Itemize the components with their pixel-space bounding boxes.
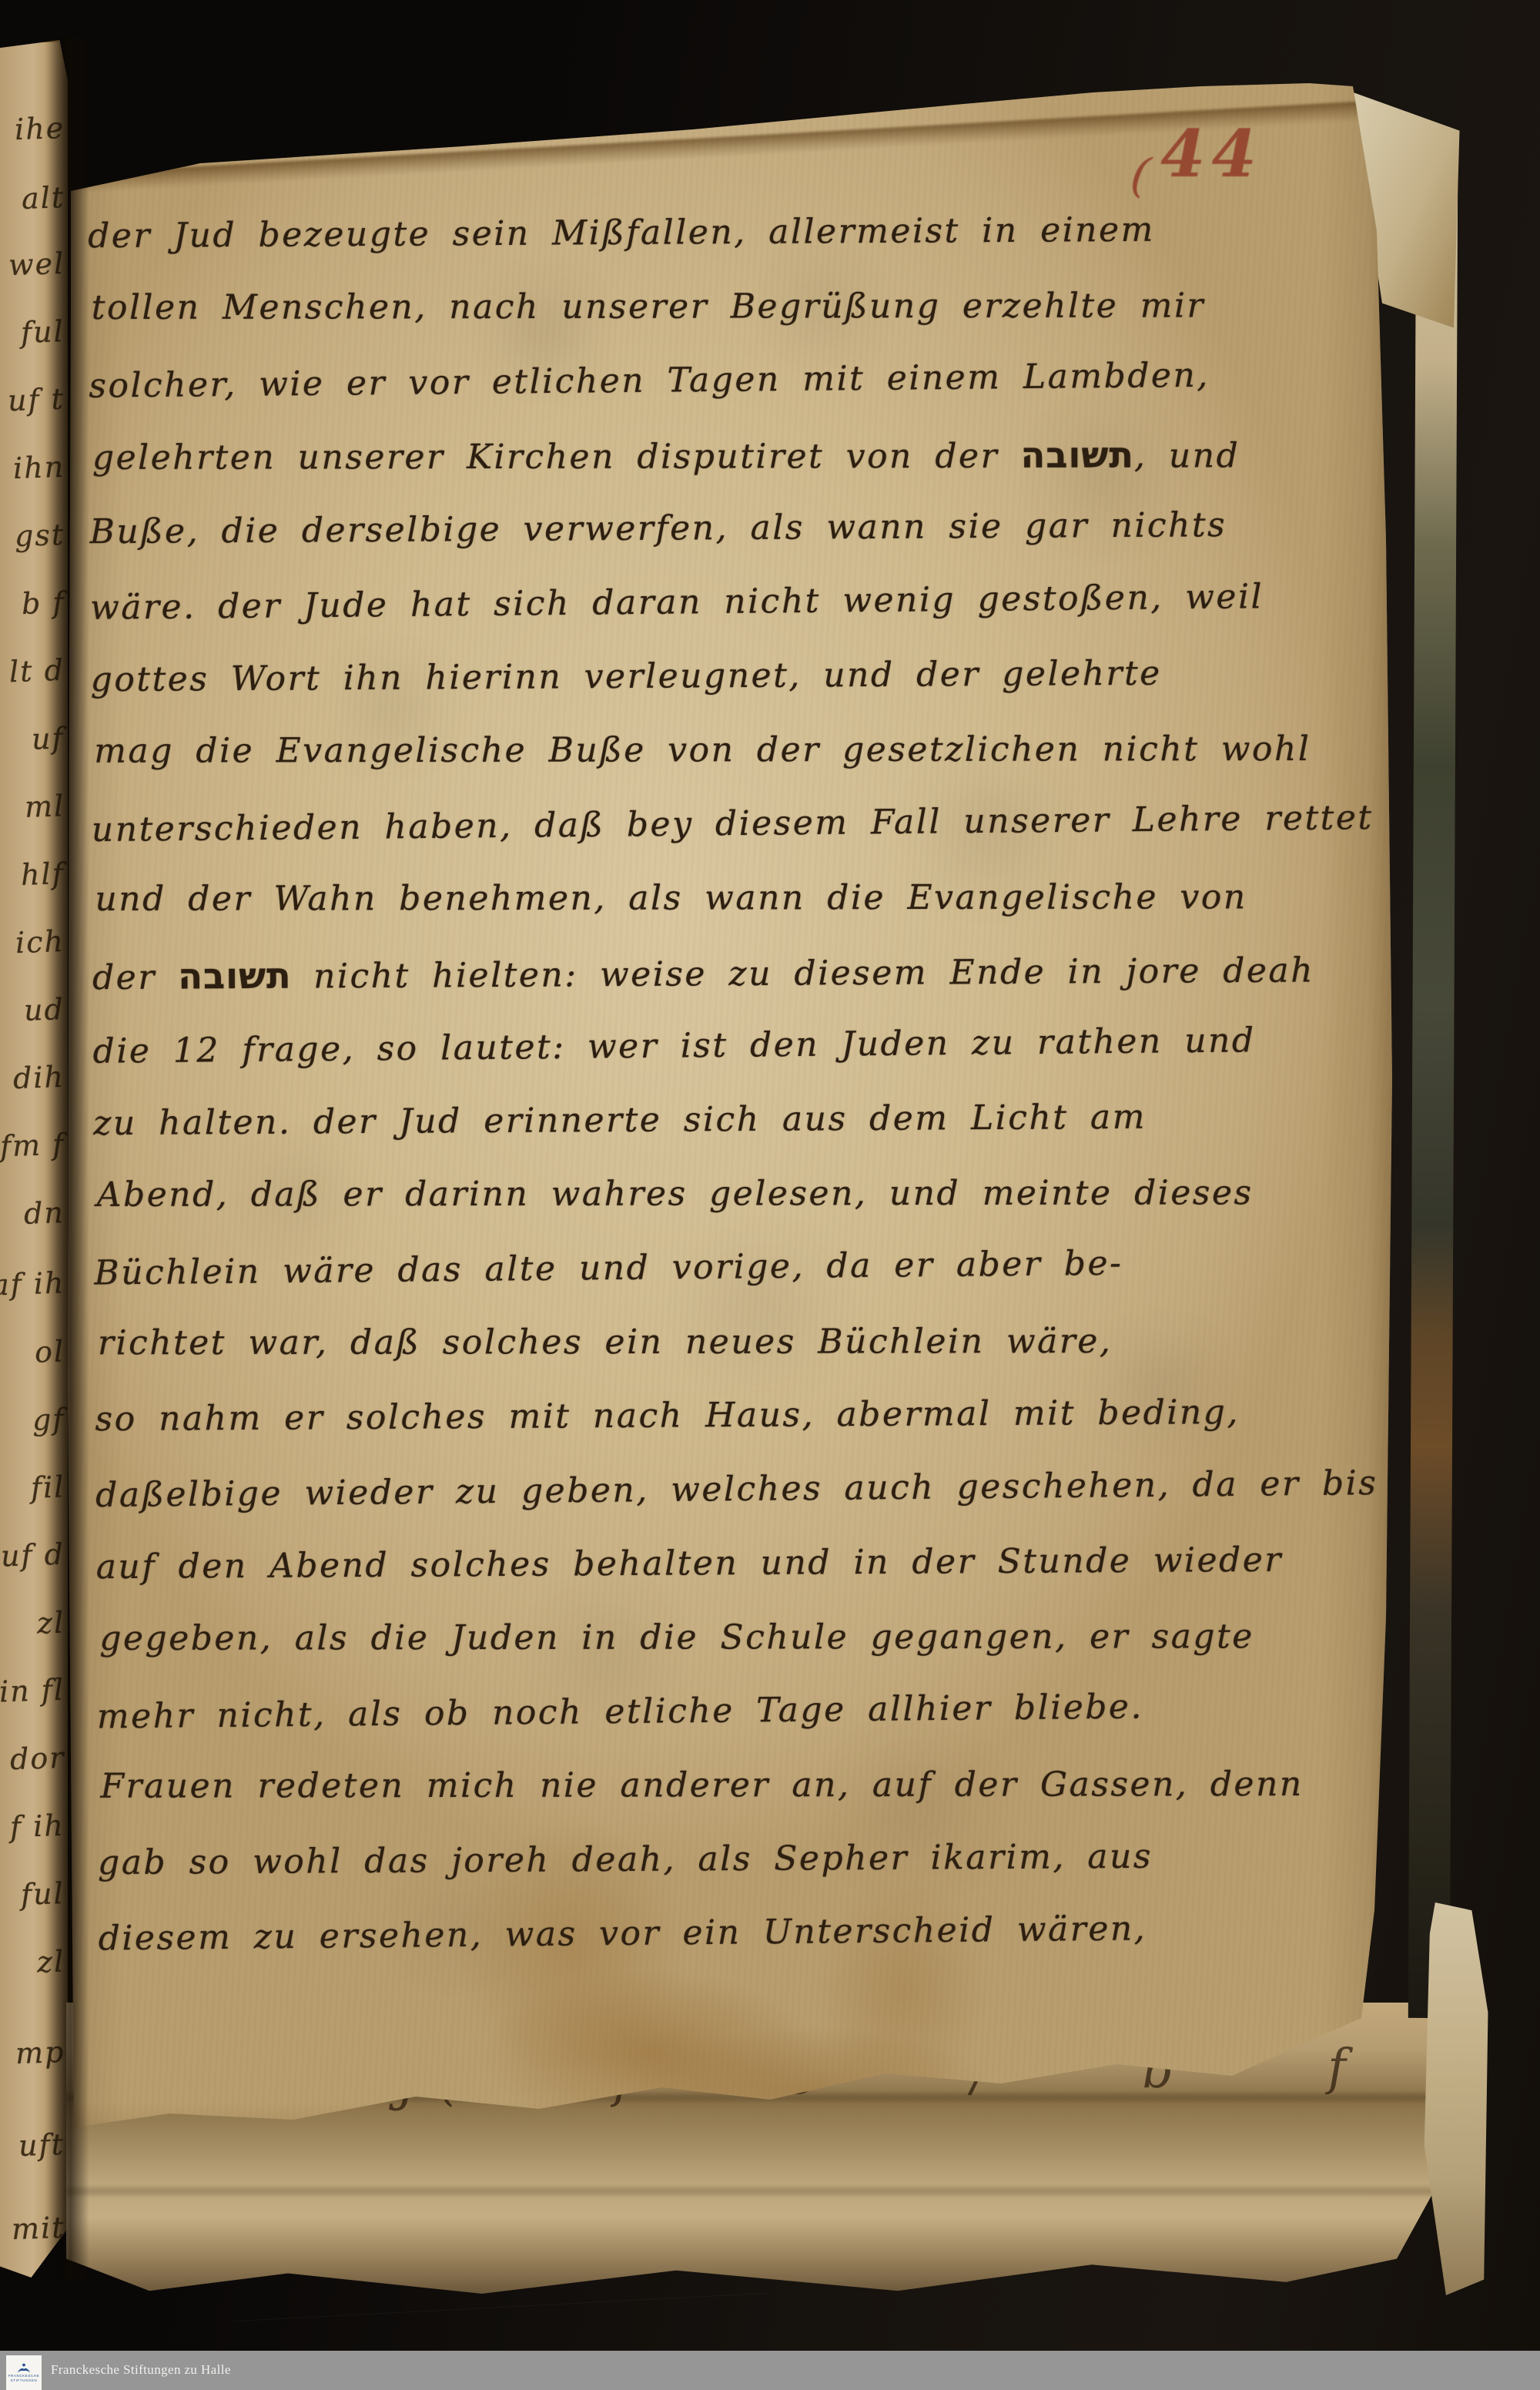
facing-page-edge: ihealtwelfuluf tihngstb flt dufmlhlfichu… (0, 40, 68, 2278)
manuscript-line: tollen Menschen, nach unserer Begrüßung … (92, 286, 1205, 327)
manuscript-line: der תשובה nicht hielten: weise zu diesem… (92, 948, 1314, 997)
manuscript-line: Büchlein wäre das alte und vorige, da er… (94, 1244, 1123, 1293)
manuscript-line: mehr nicht, als ob noch etliche Tage all… (97, 1687, 1144, 1736)
page-crease (66, 2187, 1452, 2195)
facing-page-text-fragment: af ih (0, 1265, 65, 1302)
logo-text-line2: STIFTUNGEN (11, 2378, 38, 2382)
manuscript-line: der Jud bezeugte sein Mißfallen, allerme… (88, 210, 1155, 256)
facing-page-text-fragment: uf d (0, 1537, 65, 1574)
facing-page-text-fragment: lt d (8, 653, 65, 689)
manuscript-line: Frauen redeten mich nie anderer an, auf … (100, 1765, 1303, 1806)
manuscript-line: richtet war, daß solches ein neues Büchl… (98, 1322, 1113, 1363)
institution-logo: FRANCKESCHE STIFTUNGEN (6, 2355, 42, 2390)
folio-paren: ( (1127, 146, 1160, 205)
facing-page-text-fragment: mit (11, 2211, 65, 2246)
manuscript-line: gelehrten unserer Kirchen disputiret von… (92, 434, 1240, 478)
manuscript-line: wäre. der Jude hat sich daran nicht weni… (90, 577, 1264, 628)
facing-page-text-fragment: gf (32, 1402, 65, 1436)
manuscript-line: die 12 frage, so lautet: wer ist den Jud… (92, 1021, 1255, 1071)
backdrop-scratch (231, 2293, 769, 2322)
facing-page-text-fragment: f ih (9, 1808, 65, 1844)
cover-board-edge (1408, 176, 1458, 2018)
franckesche-eagle-sun-icon (16, 2363, 32, 2373)
manuscript-line: auf den Abend solches behalten und in de… (96, 1540, 1283, 1587)
facing-page-text-fragment: hlf (21, 856, 65, 892)
folio-number: (44 (1131, 116, 1263, 192)
facing-page-text-fragment: zl (36, 1944, 65, 1979)
manuscript-line: unterschieden haben, daß bey diesem Fall… (92, 798, 1374, 850)
facing-page-text-fragment: mp (15, 2035, 65, 2070)
facing-page-text-fragment: dih (12, 1060, 65, 1095)
facing-page-text-fragment: dn (23, 1195, 65, 1231)
manuscript-line: so nahm er solches mit nach Haus, aberma… (95, 1393, 1240, 1439)
facing-page-text-fragment: fm f (0, 1128, 65, 1164)
facing-page-text-fragment: ful (21, 1876, 65, 1912)
footer-bar: FRANCKESCHE STIFTUNGEN Franckesche Stift… (0, 2351, 1540, 2390)
facing-page-text-fragment: ml (24, 789, 65, 824)
manuscript-scan: ihealtwelfuluf tihngstb flt dufmlhlfichu… (0, 0, 1540, 2390)
facing-page-text-fragment: zl (36, 1605, 65, 1640)
manuscript-line: gottes Wort ihn hierinn verleugnet, und … (91, 654, 1162, 699)
facing-page-text-fragment: alt (21, 180, 65, 216)
manuscript-line: zu halten. der Jud erinnerte sich aus de… (93, 1098, 1147, 1143)
manuscript-line: gab so wohl das joreh deah, als Sepher i… (98, 1837, 1153, 1882)
facing-page-text-fragment: uf t (7, 382, 65, 418)
manuscript-line: diesem zu ersehen, was vor ein Untersche… (98, 1909, 1147, 1958)
facing-page-text-fragment: fil (30, 1470, 65, 1505)
facing-page-text-fragment: ful (21, 314, 65, 350)
facing-page-text-fragment: gst (14, 518, 65, 553)
facing-page-text-fragment: uf (32, 721, 65, 756)
facing-page-text-fragment: wel (8, 246, 65, 283)
facing-page-text-fragment: ich (15, 924, 65, 960)
manuscript-line: und der Wahn benehmen, als wann die Evan… (95, 877, 1247, 919)
manuscript-line: gegeben, als die Juden in die Schule geg… (99, 1617, 1254, 1658)
facing-page-text-fragment: ihe (14, 111, 65, 146)
fore-edge-corner (1423, 1902, 1491, 2295)
manuscript-line: solcher, wie er vor etlichen Tagen mit e… (89, 356, 1210, 406)
facing-page-text-fragment: in fl (0, 1673, 65, 1709)
facing-page-text-fragment: uft (18, 2127, 65, 2163)
institution-caption: Franckesche Stiftungen zu Halle (51, 2351, 231, 2390)
manuscript-page: (44 der Jud bezeugte sein Mißfallen, all… (66, 75, 1394, 2157)
facing-page-text-fragment: b f (21, 585, 65, 621)
manuscript-line: Abend, daß er darinn wahres gelesen, und… (97, 1173, 1254, 1215)
manuscript-line: daßelbige wieder zu geben, welches auch … (95, 1463, 1378, 1515)
manuscript-line: Buße, die derselbige verwerfen, als wann… (89, 505, 1227, 551)
manuscript-line: mag die Evangelische Buße von der gesetz… (94, 729, 1311, 771)
logo-text-line1: FRANCKESCHE (8, 2374, 40, 2378)
facing-page-text-fragment: ol (34, 1334, 65, 1369)
facing-page-text-fragment: ihn (12, 450, 65, 485)
facing-page-text-fragment: dor (9, 1741, 65, 1776)
facing-page-text-fragment: ud (23, 992, 65, 1027)
text-block: der Jud bezeugte sein Mißfallen, allerme… (88, 209, 1389, 216)
